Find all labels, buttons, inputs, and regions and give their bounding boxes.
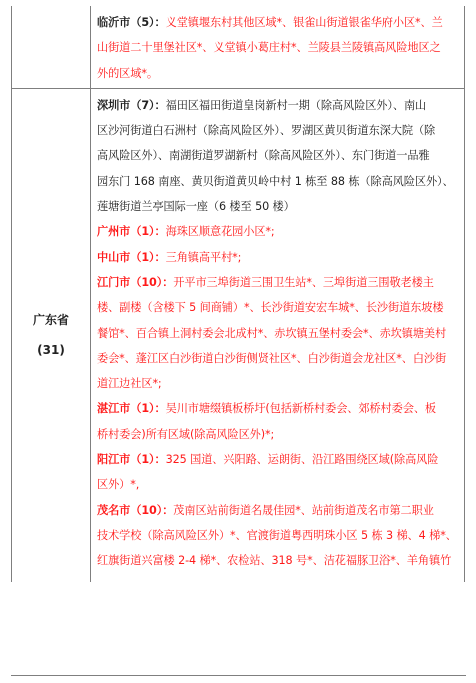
text-line: 道江边社区*; <box>97 371 458 396</box>
text-line: 技术学校（除高风险区外）*、官渡街道粤西明珠小区 5 栋 3 梯、4 梯*、 <box>97 523 458 548</box>
city-entry-zhongshan: 中山市（1）：三角镇高平村*; <box>97 245 458 270</box>
text-line: 外的区域*。 <box>97 61 458 86</box>
content-cell: 深圳市（7）：福田区福田街道皇岗新村一期（除高风险区外）、南山 区沙河街道白石洲… <box>91 88 465 581</box>
text-line: 山街道二十里堡社区*、义堂镇小葛庄村*、兰陵县兰陵镇高风险地区之 <box>97 35 458 60</box>
city-name: 深圳市（7）： <box>97 99 166 112</box>
city-name: 湛江市（1）： <box>97 402 166 415</box>
city-name: 阳江市（1）： <box>97 453 166 466</box>
city-entry-linyi: 临沂市（5）：义堂镇堰东村其他区域*、银雀山街道银雀华府小区*、兰 <box>97 10 458 35</box>
province-name: 广东省 <box>12 305 90 335</box>
city-name: 茂名市（10）： <box>97 504 173 517</box>
city-entry-shenzhen: 深圳市（7）：福田区福田街道皇岗新村一期（除高风险区外）、南山 <box>97 93 458 118</box>
content-cell: 临沂市（5）：义堂镇堰东村其他区域*、银雀山街道银雀华府小区*、兰 山街道二十里… <box>91 6 465 88</box>
text-line: 区外）*, <box>97 472 458 497</box>
table-row: 广东省 (31) 深圳市（7）：福田区福田街道皇岗新村一期（除高风险区外）、南山… <box>12 88 465 581</box>
text-line: 红旗街道兴富楼 2-4 梯*、农检站、318 号*、洁花福豚卫浴*、羊角镇竹 <box>97 548 458 573</box>
province-count: (31) <box>12 335 90 365</box>
text-line: 桥村委会)所有区域(除高风险区外)*; <box>97 422 458 447</box>
text-line: 委会*、蓬江区白沙街道白沙街侧贤社区*、白沙街道会龙社区*、白沙街 <box>97 346 458 371</box>
city-entry-guangzhou: 广州市（1）：海珠区顺意花园小区*; <box>97 219 458 244</box>
city-name: 广州市（1）： <box>97 225 166 238</box>
city-entry-maoming: 茂名市（10）：茂南区站前街道名晟佳园*、站前街道茂名市第二职业 <box>97 498 458 523</box>
province-cell: 广东省 (31) <box>12 88 91 581</box>
text-line: 莲塘街道兰亭国际一座（6 楼至 50 楼） <box>97 194 458 219</box>
risk-area-table: 临沂市（5）：义堂镇堰东村其他区域*、银雀山街道银雀华府小区*、兰 山街道二十里… <box>11 6 465 582</box>
city-name: 临沂市（5）： <box>97 16 166 29</box>
city-entry-jiangmen: 江门市（10）：开平市三埠街道三围卫生站*、三埠街道三围敬老楼主 <box>97 270 458 295</box>
table-row: 临沂市（5）：义堂镇堰东村其他区域*、银雀山街道银雀华府小区*、兰 山街道二十里… <box>12 6 465 88</box>
text-line: 高风险区外）、南湖街道罗湖新村（除高风险区外）、东门街道一品雅 <box>97 143 458 168</box>
text-line: 餐馆*、百合镇上洞村委会北成村*、赤坎镇五堡村委会*、赤坎镇塘美村 <box>97 321 458 346</box>
city-name: 中山市（1）： <box>97 251 166 264</box>
text-line: 区沙河街道白石洲村（除高风险区外）、罗湖区黄贝街道东深大院（除 <box>97 118 458 143</box>
city-entry-yangjiang: 阳江市（1）：325 国道、兴阳路、运朗街、沿江路围绕区域(除高风险 <box>97 447 458 472</box>
city-entry-zhanjiang: 湛江市（1）：吴川市塘缀镇板桥圩(包括新桥村委会、郊桥村委会、板 <box>97 396 458 421</box>
text-line: 园东门 168 南座、黄贝街道黄贝岭中村 1 栋至 88 栋（除高风险区外）、 <box>97 169 458 194</box>
table-bottom-border <box>11 675 466 676</box>
city-name: 江门市（10）： <box>97 276 173 289</box>
province-cell <box>12 6 91 88</box>
text-line: 楼、副楼（含楼下 5 间商铺）*、长沙街道安宏车城*、长沙街道东坡楼 <box>97 295 458 320</box>
